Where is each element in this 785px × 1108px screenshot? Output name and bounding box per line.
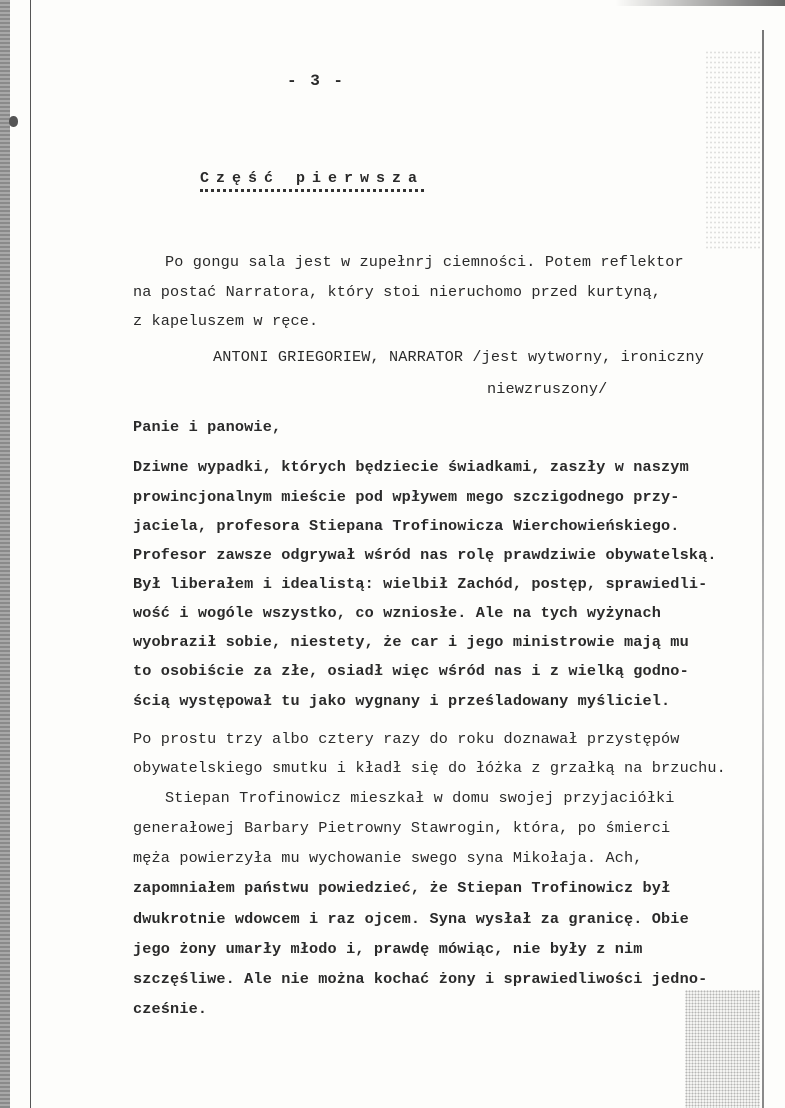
text-line: prowincjonalnym mieście pod wpływem mego…: [133, 490, 680, 505]
text-line: obywatelskiego smutku i kładł się do łóż…: [133, 761, 726, 776]
punch-hole-mark: [9, 116, 18, 127]
text-line: szczęśliwe. Ale nie można kochać żony i …: [133, 972, 707, 987]
text-line: Po gongu sala jest w zupełnrj ciemności.…: [165, 255, 684, 270]
text-line: Był liberałem i idealistą: wielbił Zachó…: [133, 577, 707, 592]
text-line: Po prostu trzy albo cztery razy do roku …: [133, 732, 680, 747]
page-number: - 3 -: [287, 72, 345, 90]
scan-top-shadow: [615, 0, 785, 6]
text-line: niewzruszony/: [487, 382, 607, 397]
text-line: to osobiście za złe, osiadł więc wśród n…: [133, 664, 689, 679]
scan-noise-top: [705, 50, 760, 250]
text-line: Panie i panowie,: [133, 420, 281, 435]
text-line: jego żony umarły młodo i, prawdę mówiąc,…: [133, 942, 643, 957]
scan-noise-bottom: [685, 990, 760, 1108]
page-left-edge: [30, 0, 31, 1108]
page-right-edge: [762, 30, 764, 1108]
text-line: Profesor zawsze odgrywał wśród nas rolę …: [133, 548, 717, 563]
text-line: generałowej Barbary Pietrowny Stawrogin,…: [133, 821, 670, 836]
text-line: ANTONI GRIEGORIEW, NARRATOR /jest wytwor…: [213, 350, 704, 365]
text-line: z kapeluszem w ręce.: [133, 314, 318, 329]
scan-left-border: [0, 0, 10, 1108]
text-line: zapomniałem państwu powiedzieć, że Stiep…: [133, 881, 670, 896]
text-line: ścią występował tu jako wygnany i prześl…: [133, 694, 670, 709]
text-line: dwukrotnie wdowcem i raz ojcem. Syna wys…: [133, 912, 689, 927]
text-line: jaciela, profesora Stiepana Trofinowicza…: [133, 519, 680, 534]
text-line: na postać Narratora, który stoi nierucho…: [133, 285, 661, 300]
text-line: męża powierzyła mu wychowanie swego syna…: [133, 851, 643, 866]
section-heading: Część pierwsza: [200, 170, 424, 192]
text-line: Stiepan Trofinowicz mieszkał w domu swoj…: [165, 791, 675, 806]
text-line: cześnie.: [133, 1002, 207, 1017]
text-line: wyobraził sobie, niestety, że car i jego…: [133, 635, 689, 650]
text-line: Dziwne wypadki, których będziecie świadk…: [133, 460, 689, 475]
text-line: wość i wogóle wszystko, co wzniosłe. Ale…: [133, 606, 661, 621]
